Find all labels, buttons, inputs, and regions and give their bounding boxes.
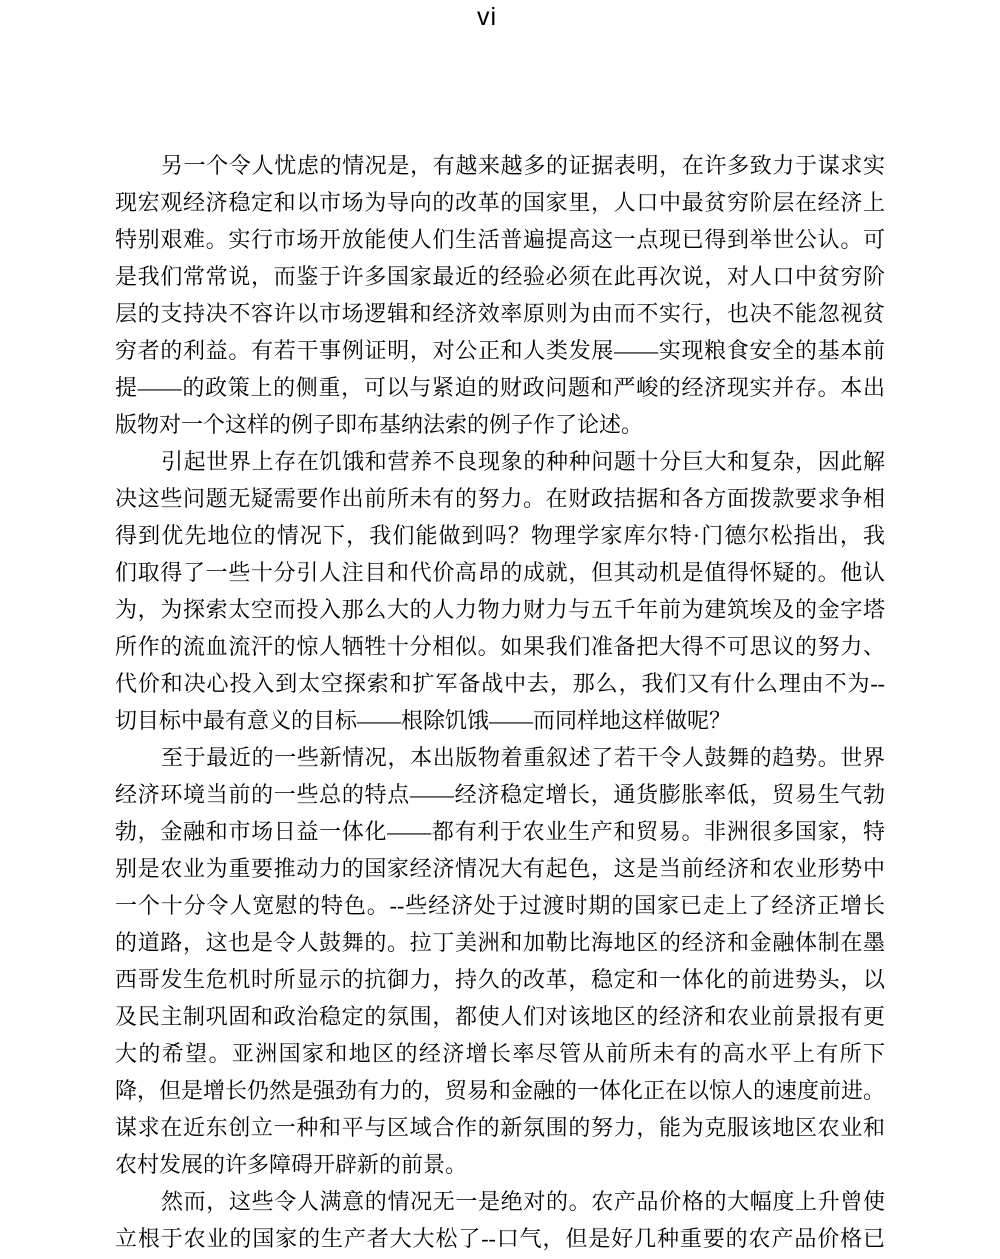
text-line: 至于最近的一些新情况，本出版物着重叙述了若干令人鼓舞的趋势。世界 [115, 739, 885, 776]
text-line: 得到优先地位的情况下，我们能做到吗？物理学家库尔特·门德尔松指出，我 [115, 517, 885, 554]
text-line: 大的希望。亚洲国家和地区的经济增长率尽管从前所未有的高水平上有所下 [115, 1035, 885, 1072]
text-line: 特别艰难。实行市场开放能使人们生活普遍提高这一点现已得到举世公认。可 [115, 221, 885, 258]
text-line: 降，但是增长仍然是强劲有力的，贸易和金融的一体化正在以惊人的速度前进。 [115, 1072, 885, 1109]
text-line: 引起世界上存在饥饿和营养不良现象的种种问题十分巨大和复杂，因此解 [115, 443, 885, 480]
text-line: 农村发展的许多障碍开辟新的前景。 [115, 1146, 885, 1183]
text-line: 穷者的利益。有若干事例证明，对公正和人类发展——实现粮食安全的基本前 [115, 332, 885, 369]
text-line: 经济环境当前的一些总的特点——经济稳定增长，通货膨胀率低，贸易生气勃 [115, 776, 885, 813]
text-line: 切目标中最有意义的目标——根除饥饿——而同样地这样做呢？ [115, 702, 885, 739]
text-line: 是我们常常说，而鉴于许多国家最近的经验必须在此再次说，对人口中贫穷阶 [115, 258, 885, 295]
text-line: 勃，金融和市场日益一体化——都有利于农业生产和贸易。非洲很多国家，特 [115, 813, 885, 850]
text-line: 为，为探索太空而投入那么大的人力物力财力与五千年前为建筑埃及的金字塔 [115, 591, 885, 628]
text-line: 别是农业为重要推动力的国家经济情况大有起色，这是当前经济和农业形势中 [115, 850, 885, 887]
text-line: 层的支持决不容许以市场逻辑和经济效率原则为由而不实行，也决不能忽视贫 [115, 295, 885, 332]
scanned-document-page: { "page": { "number": "vi" }, "doc": { "… [0, 0, 1000, 1259]
page-number: vi [0, 3, 974, 32]
text-line: 及民主制巩固和政治稳定的氛围，都使人们对该地区的经济和农业前景报有更 [115, 998, 885, 1035]
text-line: 另一个令人忧虑的情况是，有越来越多的证据表明，在许多致力于谋求实 [115, 147, 885, 184]
text-line: 决这些问题无疑需要作出前所未有的努力。在财政拮据和各方面拨款要求争相 [115, 480, 885, 517]
text-line: 版物对一个这样的例子即布基纳法索的例子作了论述。 [115, 406, 885, 443]
text-line: 西哥发生危机时所显示的抗御力，持久的改革，稳定和一体化的前进势头，以 [115, 961, 885, 998]
text-line: 的道路，这也是令人鼓舞的。拉丁美洲和加勒比海地区的经济和金融体制在墨 [115, 924, 885, 961]
text-line: 提——的政策上的侧重，可以与紧迫的财政问题和严峻的经济现实并存。本出 [115, 369, 885, 406]
text-line: 然而，这些令人满意的情况无一是绝对的。农产品价格的大幅度上升曾使 [115, 1183, 885, 1220]
text-line: 代价和决心投入到太空探索和扩军备战中去，那么，我们又有什么理由不为-- [115, 665, 885, 702]
page-body: 另一个令人忧虑的情况是，有越来越多的证据表明，在许多致力于谋求实现宏观经济稳定和… [115, 147, 885, 1257]
text-line: 立根于农业的国家的生产者大大松了--口气，但是好几种重要的农产品价格已 [115, 1220, 885, 1257]
text-line: 现宏观经济稳定和以市场为导向的改革的国家里，人口中最贫穷阶层在经济上 [115, 184, 885, 221]
text-line: 们取得了一些十分引人注目和代价高昂的成就，但其动机是值得怀疑的。他认 [115, 554, 885, 591]
text-line: 所作的流血流汗的惊人牺牲十分相似。如果我们准备把大得不可思议的努力、 [115, 628, 885, 665]
text-line: 一个十分令人宽慰的特色。--些经济处于过渡时期的国家已走上了经济正增长 [115, 887, 885, 924]
text-line: 谋求在近东创立一种和平与区域合作的新氛围的努力，能为克服该地区农业和 [115, 1109, 885, 1146]
